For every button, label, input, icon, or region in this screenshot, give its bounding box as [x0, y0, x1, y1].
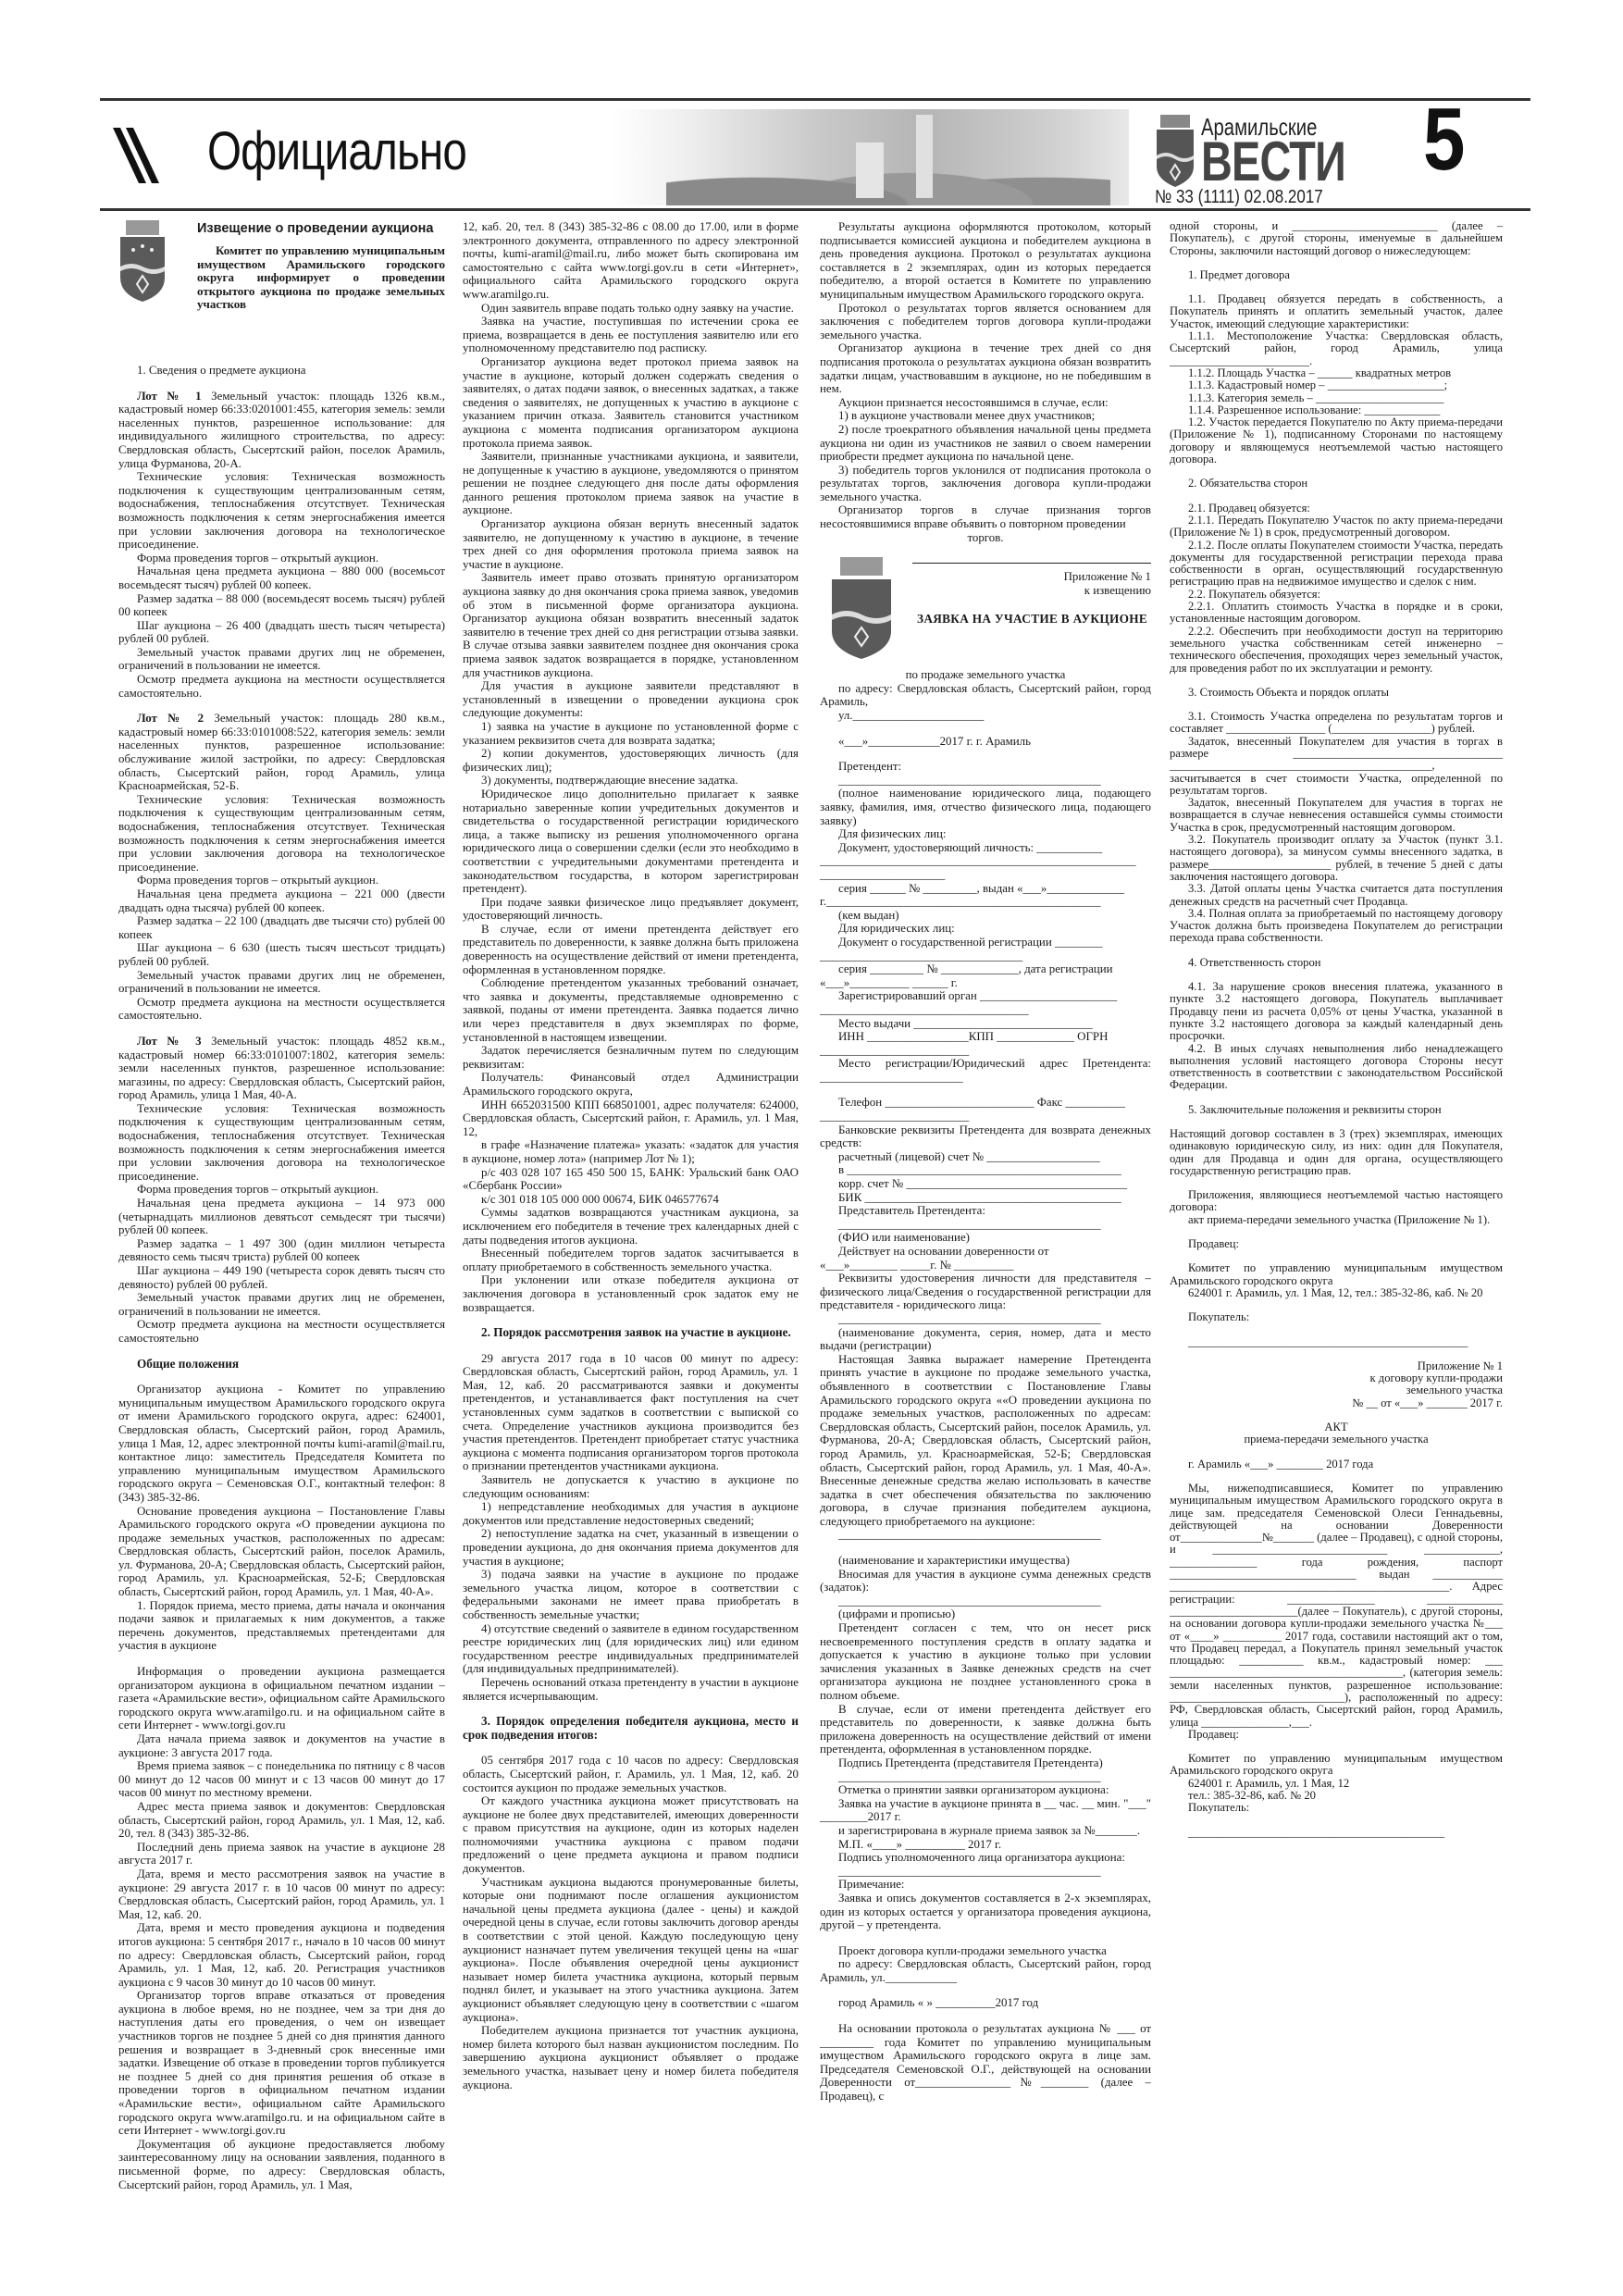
form-line: 3.2. Покупатель производит оплату за Уча…: [1170, 834, 1503, 883]
form-line: Документ, удостоверяющий личность: _____…: [820, 841, 1151, 855]
section-heading: 1. Сведения о предмете аукциона: [118, 364, 445, 378]
form-line: корр. счет № ___________________________…: [820, 1177, 1151, 1191]
form-line: _________________________: [820, 1044, 1151, 1058]
paragraph: Форма проведения торгов – открытый аукци…: [118, 874, 445, 887]
paragraph: 1) заявка на участие в аукционе по устан…: [463, 720, 799, 747]
paragraph: Размер задатка – 1 497 300 (один миллион…: [118, 1237, 445, 1264]
column-2: 12, каб. 20, тел. 8 (343) 385-32-86 с 08…: [463, 220, 799, 2091]
form-line: Претендент согласен с тем, что он несет …: [820, 1621, 1151, 1703]
form-line: 2.2. Покупатель обязуется:: [1170, 589, 1503, 601]
paragraph: 2) копии документов, удостоверяющих личн…: [463, 747, 799, 774]
form-line: 2.1. Продавец обязуется:: [1170, 503, 1503, 515]
paragraph: Технические условия: Техническая возможн…: [118, 470, 445, 552]
form-line: 2.2.2. Обеспечить при необходимости дост…: [1170, 626, 1503, 675]
form-line: Подпись уполномоченного лица организатор…: [820, 1851, 1151, 1865]
form-line: Реквизиты удостоверения личности для пре…: [820, 1272, 1151, 1312]
form-line: М.П. «____» __________ 2017 г.: [820, 1838, 1151, 1852]
form-line: Задаток, внесенный Покупателем для участ…: [1170, 736, 1503, 797]
paragraph: Соблюдение претендентом указанных требов…: [463, 976, 799, 1044]
form-line: 1.1.3. Категория земель – ______________…: [1170, 392, 1503, 404]
form-line: 1.2. Участок передается Покупателю по Ак…: [1170, 416, 1503, 465]
form-line: 1. Предмет договора: [1170, 269, 1503, 281]
form-line: Примечание:: [820, 1878, 1151, 1892]
paragraph: Форма проведения торгов – открытый аукци…: [118, 1183, 445, 1197]
paragraph: Один заявитель вправе подать только одну…: [463, 302, 799, 316]
form-line: ________________________________________…: [820, 1770, 1151, 1784]
header-photo-church: [611, 109, 1129, 205]
form-line: 1.1.1. Местоположение Участка: Свердловс…: [1170, 330, 1503, 367]
form-line: 5. Заключительные положения и реквизиты …: [1170, 1104, 1503, 1116]
paragraph: Организатор торгов вправе отказаться от …: [118, 1989, 445, 2138]
form-line: На основании протокола о результатах аук…: [820, 2022, 1151, 2104]
form-line: Задаток, внесенный Покупателем для участ…: [1170, 797, 1503, 834]
form-line: в ______________________________________…: [820, 1163, 1151, 1177]
paragraph: 29 августа 2017 года в 10 часов 00 минут…: [463, 1352, 799, 1473]
paragraph: Начальная цена предмета аукциона – 14 97…: [118, 1197, 445, 1237]
form-line: акт приема-передачи земельного участка (…: [1170, 1214, 1503, 1226]
paragraph: в графе «Назначение платежа» указать: «з…: [463, 1138, 799, 1165]
paragraph: Организатор аукциона ведет протокол прие…: [463, 355, 799, 450]
form-line: «___»________ _____г. № __________: [820, 1259, 1151, 1272]
form-line: серия ______ № _________, выдан «___»___…: [820, 882, 1151, 896]
section-3-heading: 3. Порядок определения победителя аукцио…: [463, 1715, 799, 1742]
form-line: ________________________________________…: [820, 1595, 1151, 1608]
lot-2-intro: Лот № 2 Земельный участок: площадь 280 к…: [118, 712, 445, 793]
form-line: Приложение № 1: [1170, 1360, 1503, 1372]
form-line: ________________________________________…: [820, 774, 1151, 788]
paragraph: 3) подача заявки на участие в аукционе п…: [463, 1568, 799, 1621]
paragraph: к/с 301 018 105 000 000 00674, БИК 04657…: [463, 1193, 799, 1207]
appendix-subtitle: к извещению: [1084, 584, 1151, 598]
form-line: Настоящая Заявка выражает намерение Прет…: [820, 1353, 1151, 1529]
paragraph: Аукцион признается несостоявшимся в случ…: [820, 396, 1151, 410]
form-line: ___________________________________: [820, 1003, 1151, 1017]
form-line: ________________________________________…: [820, 1218, 1151, 1232]
form-line: Мы, нижеподписавшиеся, Комитет по управл…: [1170, 1483, 1503, 1729]
page-number: 5: [1423, 89, 1465, 191]
column-3: Результаты аукциона оформляются протокол…: [820, 220, 1151, 2104]
form-line: БИК ____________________________________…: [820, 1191, 1151, 1205]
form-line: г. Арамиль «___» ________ 2017 года: [1170, 1458, 1503, 1471]
paragraph: Начальная цена предмета аукциона – 880 0…: [118, 565, 445, 591]
form-line: ул.______________________: [820, 709, 1151, 723]
paragraph: Юридическое лицо дополнительно прилагает…: [463, 788, 799, 896]
appendix-label: Приложение № 1: [1064, 570, 1151, 584]
form-line: 624001 г. Арамиль, ул. 1 Мая, 12: [1170, 1778, 1503, 1790]
paragraph: Суммы задатков возвращаются участникам а…: [463, 1206, 799, 1247]
form-line: 3.4. Полная оплата за приобретаемый по н…: [1170, 908, 1503, 945]
paragraph: Начальная цена предмета аукциона – 221 0…: [118, 887, 445, 914]
paragraph: Дата, время и место рассмотрения заявок …: [118, 1868, 445, 1921]
form-line: (кем выдан): [820, 909, 1151, 923]
form-line: 4.1. За нарушение сроков внесения платеж…: [1170, 981, 1503, 1042]
notice-title: Извещение о проведении аукциона: [197, 222, 433, 236]
paragraph: При подаче заявки физическое лицо предъя…: [463, 896, 799, 923]
paragraph: Заявка на участие, поступившая по истече…: [463, 315, 799, 355]
paragraph: Шаг аукциона – 26 400 (двадцать шесть ты…: [118, 619, 445, 646]
form-line: к договору купли-продажи: [1170, 1372, 1503, 1384]
paragraph: Шаг аукциона – 6 630 (шесть тысяч шестьс…: [118, 941, 445, 968]
paragraph: 2) после троекратного объявления начальн…: [820, 423, 1151, 464]
general-provisions-heading: Общие положения: [118, 1358, 445, 1371]
form-line: Проект договора купли-продажи земельного…: [820, 1944, 1151, 1958]
form-line: приема-передачи земельного участка: [1170, 1433, 1503, 1446]
paragraph: Размер задатка – 22 100 (двадцать две ты…: [118, 914, 445, 941]
paragraph: 3) документы, подтверждающие внесение за…: [463, 774, 799, 788]
paragraph: Земельный участок правами других лиц не …: [118, 1291, 445, 1318]
form-line: Настоящий договор составлен в 3 (трех) э…: [1170, 1128, 1503, 1177]
paragraph: Информация о проведении аукциона размеща…: [118, 1665, 445, 1732]
paragraph: Организатор торгов в случае признания то…: [820, 503, 1151, 530]
lot-3-intro: Лот № 3 Земельный участок: площадь 4852 …: [118, 1035, 445, 1102]
form-line: земельного участка: [1170, 1384, 1503, 1396]
form-line: Заявка и опись документов составляется в…: [820, 1892, 1151, 1932]
paragraph: Перечень оснований отказа претенденту в …: [463, 1676, 799, 1703]
paragraph: 4) отсутствие сведений о заявителе в еди…: [463, 1622, 799, 1676]
column-1: Извещение о проведении аукциона Комитет …: [118, 220, 445, 2191]
form-line: Документ о государственной регистрации _…: [820, 936, 1151, 949]
section-title: Официально: [207, 120, 466, 182]
paragraph: Внесенный победителем торгов задаток зас…: [463, 1247, 799, 1273]
paragraph: Дата начала приема заявок и документов н…: [118, 1732, 445, 1759]
form-line: _________________________: [820, 1110, 1151, 1123]
form-line: 1.1.4. Разрешенное использование: ______…: [1170, 404, 1503, 416]
paragraph: 1) в аукционе участвовали менее двух уча…: [820, 409, 1151, 423]
paragraph: Документация об аукционе предоставляется…: [118, 2138, 445, 2191]
paragraph: Организатор аукциона в течение трех дней…: [820, 341, 1151, 395]
form-line: 1.1. Продавец обязуется передать в собст…: [1170, 293, 1503, 330]
form-line: 1.1.3. Кадастровый номер – _____________…: [1170, 379, 1503, 391]
header-bottom-rule: [100, 208, 1530, 211]
form-line: 2.1.1. Передать Покупателю Участок по ак…: [1170, 515, 1503, 540]
coat-of-arms-icon: [1155, 115, 1196, 187]
double-slash-icon: [109, 128, 165, 183]
paragraph: Заявители, признанные участниками аукцио…: [463, 450, 799, 517]
form-line: тел.: 385-32-86, каб. № 20: [1170, 1790, 1503, 1802]
form-line: серия _________ № _____________, дата ре…: [820, 962, 1151, 976]
form-line: 1.1.2. Площадь Участка – ______ квадратн…: [1170, 367, 1503, 379]
form-line: Телефон _________________________ Факс _…: [820, 1096, 1151, 1110]
paragraph: В случае, если от имени претендента дейс…: [463, 923, 799, 976]
form-line: 3. Стоимость Объекта и порядок оплаты: [1170, 687, 1503, 699]
form-line: по продаже земельного участка: [820, 668, 1151, 682]
paragraph: 12, каб. 20, тел. 8 (343) 385-32-86 с 08…: [463, 220, 799, 302]
form-line: (цифрами и прописью): [820, 1607, 1151, 1621]
form-line: Банковские реквизиты Претендента для воз…: [820, 1123, 1151, 1150]
form-line: (ФИО или наименование): [820, 1231, 1151, 1245]
form-line: ________________________________________…: [1170, 1827, 1503, 1839]
form-line: 624001 г. Арамиль, ул. 1 Мая, 12, тел.: …: [1170, 1287, 1503, 1299]
form-line: 4. Ответственность сторон: [1170, 957, 1503, 969]
paragraph: Осмотр предмета аукциона на местности ос…: [118, 673, 445, 700]
form-line: __________________________________: [820, 949, 1151, 963]
form-line: № __ от «___» _______ 2017 г.: [1170, 1397, 1503, 1409]
paragraph: Последний день приема заявок на участие …: [118, 1841, 445, 1868]
form-line: ________________________________________…: [820, 1312, 1151, 1326]
form-line: Действует на основании доверенности от: [820, 1245, 1151, 1259]
form-line: по адресу: Свердловская область, Сысертс…: [820, 682, 1151, 709]
form-line: Продавец:: [1170, 1238, 1503, 1250]
paragraph: 2) непоступление задатка на счет, указан…: [463, 1527, 799, 1568]
form-line: «___»__________ ______ г.: [820, 976, 1151, 990]
paragraph: Организатор аукциона обязан вернуть внес…: [463, 517, 799, 571]
paragraph: 05 сентября 2017 года с 10 часов по адре…: [463, 1754, 799, 1794]
paragraph: Технические условия: Техническая возможн…: [118, 793, 445, 875]
lot-1-intro: Лот № 1 Земельный участок: площадь 1326 …: [118, 390, 445, 471]
paragraph: Результаты аукциона оформляются протокол…: [820, 220, 1151, 302]
paragraph: 3) победитель торгов уклонился от подпис…: [820, 464, 1151, 504]
form-line: Покупатель:: [1170, 1311, 1503, 1323]
form-line: Комитет по управлению муниципальным имущ…: [1170, 1262, 1503, 1287]
paragraph: ИНН 6652031500 КПП 668501001, адрес полу…: [463, 1098, 799, 1139]
form-line: Заявка на участие в аукционе принята в _…: [820, 1797, 1151, 1824]
form-line: 4.2. В иных случаях невыполнения либо не…: [1170, 1043, 1503, 1092]
paragraph: При уклонении или отказе победителя аукц…: [463, 1273, 799, 1314]
form-line: Отметка о принятии заявки организатором …: [820, 1783, 1151, 1797]
form-line: В случае, если от имени претендента дейс…: [820, 1703, 1151, 1756]
section-2-heading: 2. Порядок рассмотрения заявок на участи…: [463, 1326, 799, 1340]
form-line: Зарегистрировавший орган _______________…: [820, 989, 1151, 1003]
form-line: «___»____________2017 г. г. Арамиль: [820, 735, 1151, 749]
paragraph: Протокол о результатах торгов является о…: [820, 302, 1151, 342]
form-line: ________________________________________…: [1170, 1336, 1503, 1348]
form-line: ИНН _________________КПП _____________ О…: [820, 1030, 1151, 1044]
header-top-rule: [100, 98, 1530, 101]
paper-name-main: ВЕСТИ: [1201, 130, 1345, 193]
paragraph: Земельный участок правами других лиц не …: [118, 969, 445, 996]
paragraph: Адрес места приема заявок и документов: …: [118, 1800, 445, 1841]
paragraph: Заявитель не допускается к участию в аук…: [463, 1473, 799, 1500]
form-line: г.______________________________________…: [820, 895, 1151, 909]
paragraph: Осмотр предмета аукциона на местности ос…: [118, 996, 445, 1023]
paragraph: Время приема заявок – с понедельника по …: [118, 1759, 445, 1800]
form-line: одной стороны, и _______________________…: [1170, 220, 1503, 257]
paragraph: р/с 403 028 107 165 450 500 15, БАНК: Ур…: [463, 1166, 799, 1193]
paragraph: Земельный участок правами других лиц не …: [118, 646, 445, 673]
paragraph: Шаг аукциона – 449 190 (четыреста сорок …: [118, 1264, 445, 1291]
form-line: Вносимая для участия в аукционе сумма де…: [820, 1568, 1151, 1595]
paragraph: Основание проведения аукциона – Постанов…: [118, 1505, 445, 1599]
coat-of-arms-icon: [118, 220, 167, 302]
form-line: Претендент:: [820, 760, 1151, 774]
form-line: Место выдачи ___________________________…: [820, 1017, 1151, 1031]
form-line: 2. Обязательства сторон: [1170, 478, 1503, 490]
form-line: ________________________________________…: [820, 854, 1151, 868]
form-line: Комитет по управлению муниципальным имущ…: [1170, 1753, 1503, 1778]
paragraph: торгов.: [820, 531, 1151, 545]
paragraph: От каждого участника аукциона может прис…: [463, 1794, 799, 1876]
form-line: Продавец:: [1170, 1729, 1503, 1741]
form-line: расчетный (лицевой) счет № _____________…: [820, 1150, 1151, 1164]
form-line: Для юридических лиц:: [820, 922, 1151, 936]
form-line: город Арамиль « » __________2017 год: [820, 1996, 1151, 2010]
paragraph: 1. Порядок приема, место приема, даты на…: [118, 1599, 445, 1653]
form-line: 2.1.2. После оплаты Покупателем стоимост…: [1170, 540, 1503, 589]
form-line: и зарегистрирована в журнале приема заяв…: [820, 1824, 1151, 1838]
application-form-title: ЗАЯВКА НА УЧАСТИЕ В АУКЦИОНЕ: [917, 613, 1147, 627]
paragraph: Осмотр предмета аукциона на местности ос…: [118, 1318, 445, 1345]
notice-subtitle: Комитет по управлению муниципальным имущ…: [197, 244, 445, 312]
form-line: (полное наименование юридического лица, …: [820, 787, 1151, 827]
issue-number-date: № 33 (1111) 02.08.2017: [1155, 187, 1323, 208]
form-line: по адресу: Свердловская область, Сысертс…: [820, 1957, 1151, 1984]
paragraph: Для участия в аукционе заявители предста…: [463, 679, 799, 720]
form-line: ________________________________________…: [820, 1865, 1151, 1879]
paragraph: Получатель: Финансовый отдел Администрац…: [463, 1071, 799, 1098]
form-line: АКТ: [1170, 1421, 1503, 1433]
form-line: Представитель Претендента:: [820, 1204, 1151, 1218]
form-line: Приложения, являющиеся неотъемлемой част…: [1170, 1189, 1503, 1214]
form-line: Место регистрации/Юридический адрес Прет…: [820, 1057, 1151, 1084]
paragraph: Участникам аукциона выдаются пронумерова…: [463, 1876, 799, 2025]
coat-of-arms-icon: [829, 557, 894, 659]
form-line: Покупатель:: [1170, 1802, 1503, 1814]
paragraph: Победителем аукциона признается тот учас…: [463, 2024, 799, 2091]
form-line: Подпись Претендента (представителя Прете…: [820, 1756, 1151, 1770]
notice-header: Извещение о проведении аукциона Комитет …: [118, 220, 445, 364]
form-line: Для физических лиц:: [820, 827, 1151, 841]
form-line: (наименование и характеристики имущества…: [820, 1554, 1151, 1568]
application-form-header: Приложение № 1 к извещению ЗАЯВКА НА УЧА…: [820, 557, 1151, 668]
form-line: (наименование документа, серия, номер, д…: [820, 1326, 1151, 1353]
paragraph: Заявитель имеет право отозвать принятую …: [463, 571, 799, 679]
form-line: 3.1. Стоимость Участка определена по рез…: [1170, 711, 1503, 736]
paragraph: 1) непредставление необходимых для участ…: [463, 1500, 799, 1527]
paragraph: Дата, время и место проведения аукциона …: [118, 1921, 445, 1989]
form-line: 2.2.1. Оплатить стоимость Участка в поря…: [1170, 601, 1503, 626]
form-line: _____________________: [820, 868, 1151, 882]
paragraph: Задаток перечисляется безналичным путем …: [463, 1044, 799, 1071]
paragraph: Технические условия: Техническая возможн…: [118, 1102, 445, 1184]
paragraph: Организатор аукциона - Комитет по управл…: [118, 1383, 445, 1504]
paragraph: Размер задатка – 88 000 (восемьдесят вос…: [118, 592, 445, 619]
column-4: одной стороны, и _______________________…: [1170, 220, 1503, 1839]
paragraph: Форма проведения торгов – открытый аукци…: [118, 552, 445, 565]
form-line: 3.3. Датой оплаты цены Участка считается…: [1170, 883, 1503, 908]
form-line: ________________________________________…: [820, 1528, 1151, 1542]
